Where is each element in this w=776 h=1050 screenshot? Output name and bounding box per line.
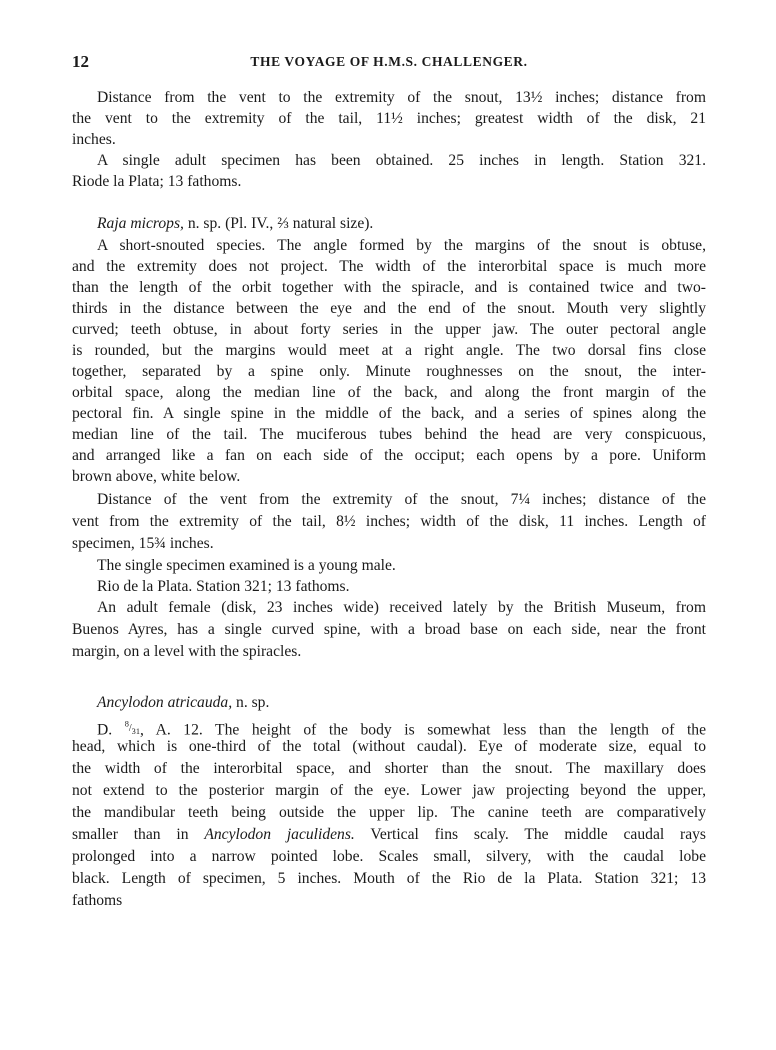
paragraph-line: A single adult specimen has been obtaine… [97, 151, 706, 171]
paragraph-line: vent from the extremity of the tail, 8½ … [72, 512, 706, 532]
paragraph-line: An adult female (disk, 23 inches wide) r… [97, 598, 706, 618]
species-heading-raja-microps: Raja microps, n. sp. (Pl. IV., ⅔ natural… [97, 214, 706, 234]
paragraph-line: together, separated by a spine only. Min… [72, 362, 706, 382]
fraction-denominator: 31 [132, 727, 140, 736]
line-text: The height of the body is somewhat less … [203, 721, 706, 738]
running-title: THE VOYAGE OF H.M.S. CHALLENGER. [72, 54, 706, 70]
paragraph-line: is rounded, but the margins would meet a… [72, 341, 706, 361]
paragraph-line: brown above, white below. [72, 467, 706, 487]
paragraph-line: Buenos Ayres, has a single curved spine,… [72, 620, 706, 640]
paragraph-line: The single specimen examined is a young … [97, 556, 706, 576]
paragraph-line: not extend to the posterior margin of th… [72, 781, 706, 801]
paragraph-line: pectoral fin. A single spine in the midd… [72, 404, 706, 424]
line-text: Vertical fins scaly. The middle caudal r… [355, 826, 706, 843]
species-name: Ancylodon atricauda, [97, 694, 232, 711]
paragraph-line: Riode la Plata; 13 fathoms. [72, 172, 706, 192]
paragraph-line: the width of the interorbital space, and… [72, 759, 706, 779]
paragraph-line: Rio de la Plata. Station 321; 13 fathoms… [97, 577, 706, 597]
fin-formula-prefix: D. [97, 721, 125, 738]
paragraph-line: and the extremity does not project. The … [72, 257, 706, 277]
fraction-numerator: 8 [125, 720, 129, 729]
species-heading-rest: n. sp. [232, 694, 269, 711]
page-header: 12 THE VOYAGE OF H.M.S. CHALLENGER. [72, 52, 706, 72]
paragraph-line: curved; teeth obtuse, in about forty ser… [72, 320, 706, 340]
paragraph-line: specimen, 15¾ inches. [72, 534, 706, 554]
line-text: smaller than in [72, 826, 204, 843]
species-name: Raja microps, [97, 215, 184, 232]
species-reference: Ancylodon jaculidens. [204, 826, 355, 843]
paragraph-line: median line of the tail. The muciferous … [72, 425, 706, 445]
fin-formula-fraction: 8/31 [125, 723, 140, 734]
document-page: 12 THE VOYAGE OF H.M.S. CHALLENGER. Dist… [0, 0, 776, 1050]
paragraph-line: prolonged into a narrow pointed lobe. Sc… [72, 847, 706, 867]
paragraph-line: the mandibular teeth being outside the u… [72, 803, 706, 823]
fin-formula-suffix: , A. 12. [140, 721, 203, 738]
paragraph-line: Distance from the vent to the extremity … [97, 88, 706, 108]
paragraph-line: thirds in the distance between the eye a… [72, 299, 706, 319]
paragraph-line: and arranged like a fan on each side of … [72, 446, 706, 466]
paragraph-line: the vent to the extremity of the tail, 1… [72, 109, 706, 129]
species-heading-ancylodon-atricauda: Ancylodon atricauda, n. sp. [97, 693, 706, 713]
paragraph-line: inches. [72, 130, 706, 150]
paragraph-line: than the length of the orbit together wi… [72, 278, 706, 298]
paragraph-line: Distance of the vent from the extremity … [97, 490, 706, 510]
paragraph-line: fathoms [72, 891, 706, 911]
paragraph-line: orbital space, along the median line of … [72, 383, 706, 403]
paragraph-line: A short-snouted species. The angle forme… [97, 236, 706, 256]
paragraph-line: head, which is one-third of the total (w… [72, 737, 706, 757]
paragraph-line: margin, on a level with the spiracles. [72, 642, 706, 662]
paragraph-line: black. Length of specimen, 5 inches. Mou… [72, 869, 706, 889]
species-heading-rest: n. sp. (Pl. IV., ⅔ natural size). [184, 215, 373, 232]
paragraph-line: smaller than in Ancylodon jaculidens. Ve… [72, 825, 706, 845]
